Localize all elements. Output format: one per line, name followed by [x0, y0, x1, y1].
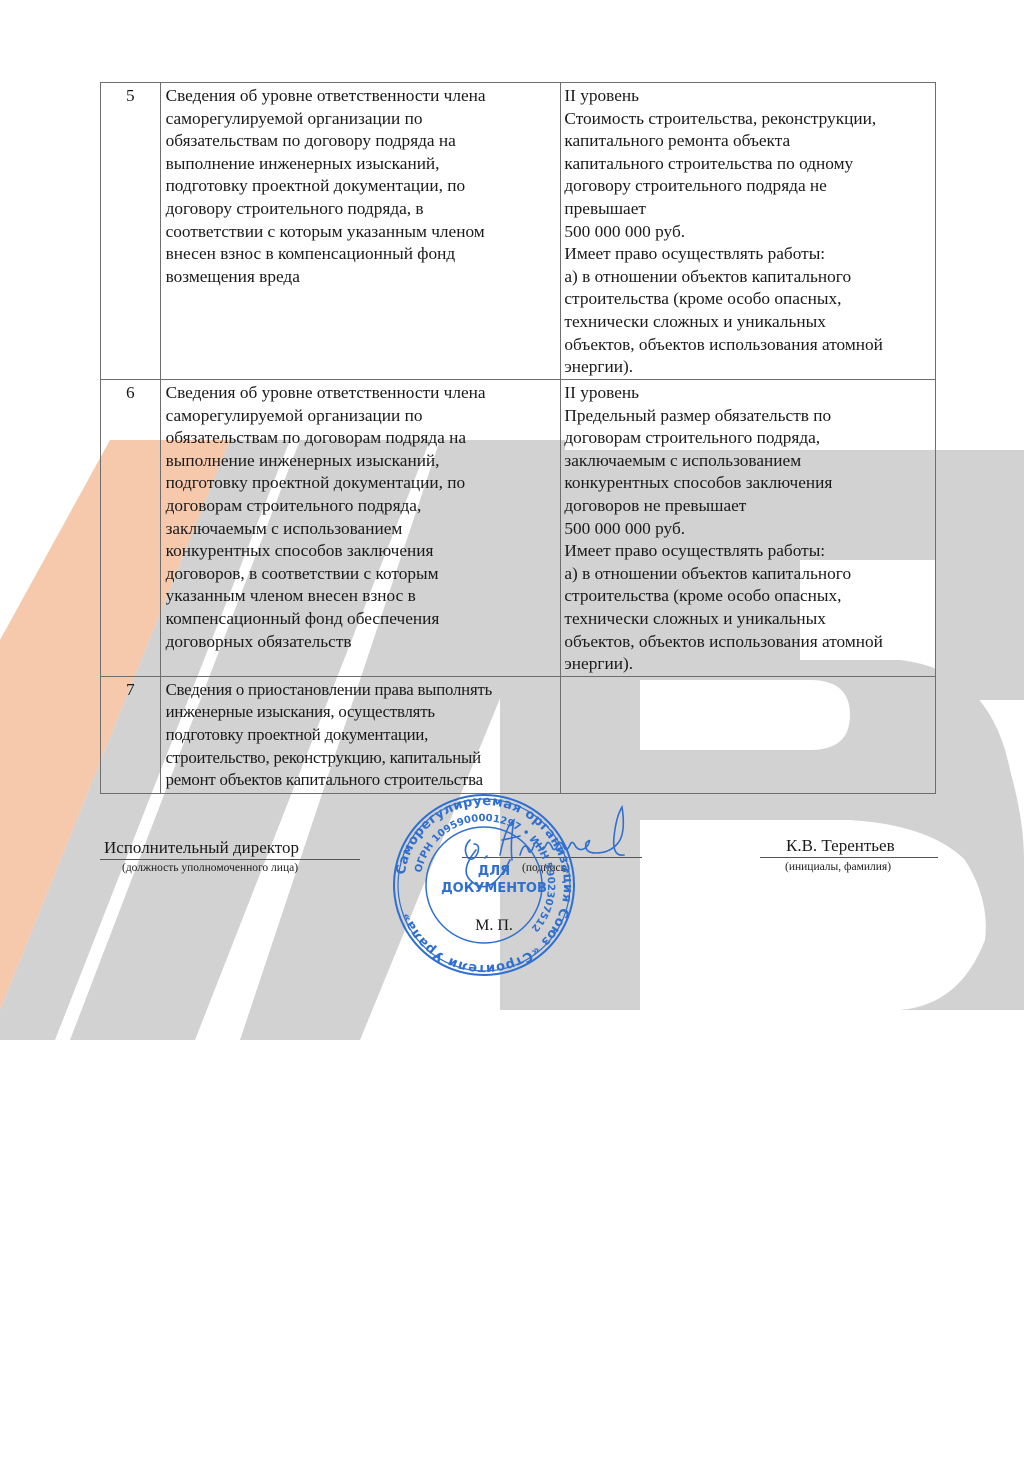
cell-text-line: договорам строительного подряда, — [166, 495, 557, 518]
cell-text-line: компенсационный фонд обеспечения — [166, 608, 557, 631]
cell-text-line: II уровень — [564, 382, 931, 405]
handwritten-signature — [440, 800, 700, 890]
row-number: 7 — [101, 676, 161, 793]
cell-text-line: обязательствам по договору подряда на — [166, 130, 557, 153]
cell-text-line: договоров, в соответствии с которым — [166, 563, 557, 586]
cell-text-line: капитального ремонта объекта — [564, 130, 931, 153]
cell-text-line: а) в отношении объектов капитального — [564, 266, 931, 289]
cell-text-line: Сведения о приостановлении права выполня… — [166, 679, 557, 702]
data-table: 5 Сведения об уровне ответственности чле… — [100, 82, 936, 794]
cell-text-line: договорных обязательств — [166, 631, 557, 654]
signer-name: К.В. Терентьев — [786, 836, 895, 856]
cell-text-line: строительства (кроме особо опасных, — [564, 288, 931, 311]
row-number: 5 — [101, 83, 161, 380]
position-rule — [100, 859, 360, 860]
cell-text-line: подготовку проектной документации, по — [166, 175, 557, 198]
row-description: Сведения о приостановлении права выполня… — [160, 676, 561, 793]
cell-text-line: Предельный размер обязательств по — [564, 405, 931, 428]
table-row: 5 Сведения об уровне ответственности чле… — [101, 83, 936, 380]
cell-text-line: заключаемым с использованием — [166, 518, 557, 541]
cell-text-line: договору строительного подряда, в — [166, 198, 557, 221]
row-description: Сведения об уровне ответственности члена… — [160, 380, 561, 677]
cell-text-line: инженерные изыскания, осуществлять — [166, 701, 557, 724]
cell-text-line: превышает — [564, 198, 931, 221]
cell-text-line: обязательствам по договорам подряда на — [166, 427, 557, 450]
watermark-gray-wedge — [935, 450, 1024, 700]
cell-text-line: саморегулируемой организации по — [166, 405, 557, 428]
cell-text-line: подготовку проектной документации, — [166, 724, 557, 747]
cell-text-line: объектов, объектов использования атомной — [564, 631, 931, 654]
cell-text-line: внесен взнос в компенсационный фонд — [166, 243, 557, 266]
position-caption: (должность уполномоченного лица) — [122, 862, 298, 874]
cell-text-line: заключаемым с использованием — [564, 450, 931, 473]
row-value — [561, 676, 936, 793]
cell-text-line: конкурентных способов заключения — [166, 540, 557, 563]
cell-text-line: конкурентных способов заключения — [564, 472, 931, 495]
cell-text-line: технически сложных и уникальных — [564, 608, 931, 631]
name-caption: (инициалы, фамилия) — [785, 861, 891, 873]
cell-text-line: возмещения вреда — [166, 266, 557, 289]
table-row: 7 Сведения о приостановлении права выпол… — [101, 676, 936, 793]
cell-text-line: а) в отношении объектов капитального — [564, 563, 931, 586]
cell-text-line: капитального строительства по одному — [564, 153, 931, 176]
cell-text-line: II уровень — [564, 85, 931, 108]
cell-text-line: Стоимость строительства, реконструкции, — [564, 108, 931, 131]
row-value: II уровеньПредельный размер обязательств… — [561, 380, 936, 677]
name-rule — [760, 857, 938, 858]
cell-text-line: Сведения об уровне ответственности члена — [166, 382, 557, 405]
cell-text-line: 500 000 000 руб. — [564, 518, 931, 541]
cell-text-line: договору строительного подряда не — [564, 175, 931, 198]
cell-text-line: объектов, объектов использования атомной — [564, 334, 931, 357]
cell-text-line: договоров не превышает — [564, 495, 931, 518]
cell-text-line: 500 000 000 руб. — [564, 221, 931, 244]
cell-text-line: указанным членом внесен взнос в — [166, 585, 557, 608]
cell-text-line: выполнение инженерных изысканий, — [166, 450, 557, 473]
cell-text-line: технически сложных и уникальных — [564, 311, 931, 334]
cell-text-line: энергии). — [564, 356, 931, 379]
cell-text-line: Имеет право осуществлять работы: — [564, 540, 931, 563]
row-description: Сведения об уровне ответственности члена… — [160, 83, 561, 380]
seal-caption: М. П. — [475, 917, 513, 934]
table-row: 6 Сведения об уровне ответственности чле… — [101, 380, 936, 677]
cell-text-line: выполнение инженерных изысканий, — [166, 153, 557, 176]
cell-text-line: строительство, реконструкцию, капитальны… — [166, 747, 557, 770]
cell-text-line: договорам строительного подряда, — [564, 427, 931, 450]
cell-text-line: строительства (кроме особо опасных, — [564, 585, 931, 608]
cell-text-line: саморегулируемой организации по — [166, 108, 557, 131]
cell-text-line: Сведения об уровне ответственности члена — [166, 85, 557, 108]
cell-text-line: подготовку проектной документации, по — [166, 472, 557, 495]
row-number: 6 — [101, 380, 161, 677]
cell-text-line: соответствии с которым указанным членом — [166, 221, 557, 244]
row-value: II уровеньСтоимость строительства, рекон… — [561, 83, 936, 380]
cell-text-line: энергии). — [564, 653, 931, 676]
position-title: Исполнительный директор — [104, 838, 299, 858]
cell-text-line: ремонт объектов капитального строительст… — [166, 769, 557, 792]
cell-text-line: Имеет право осуществлять работы: — [564, 243, 931, 266]
